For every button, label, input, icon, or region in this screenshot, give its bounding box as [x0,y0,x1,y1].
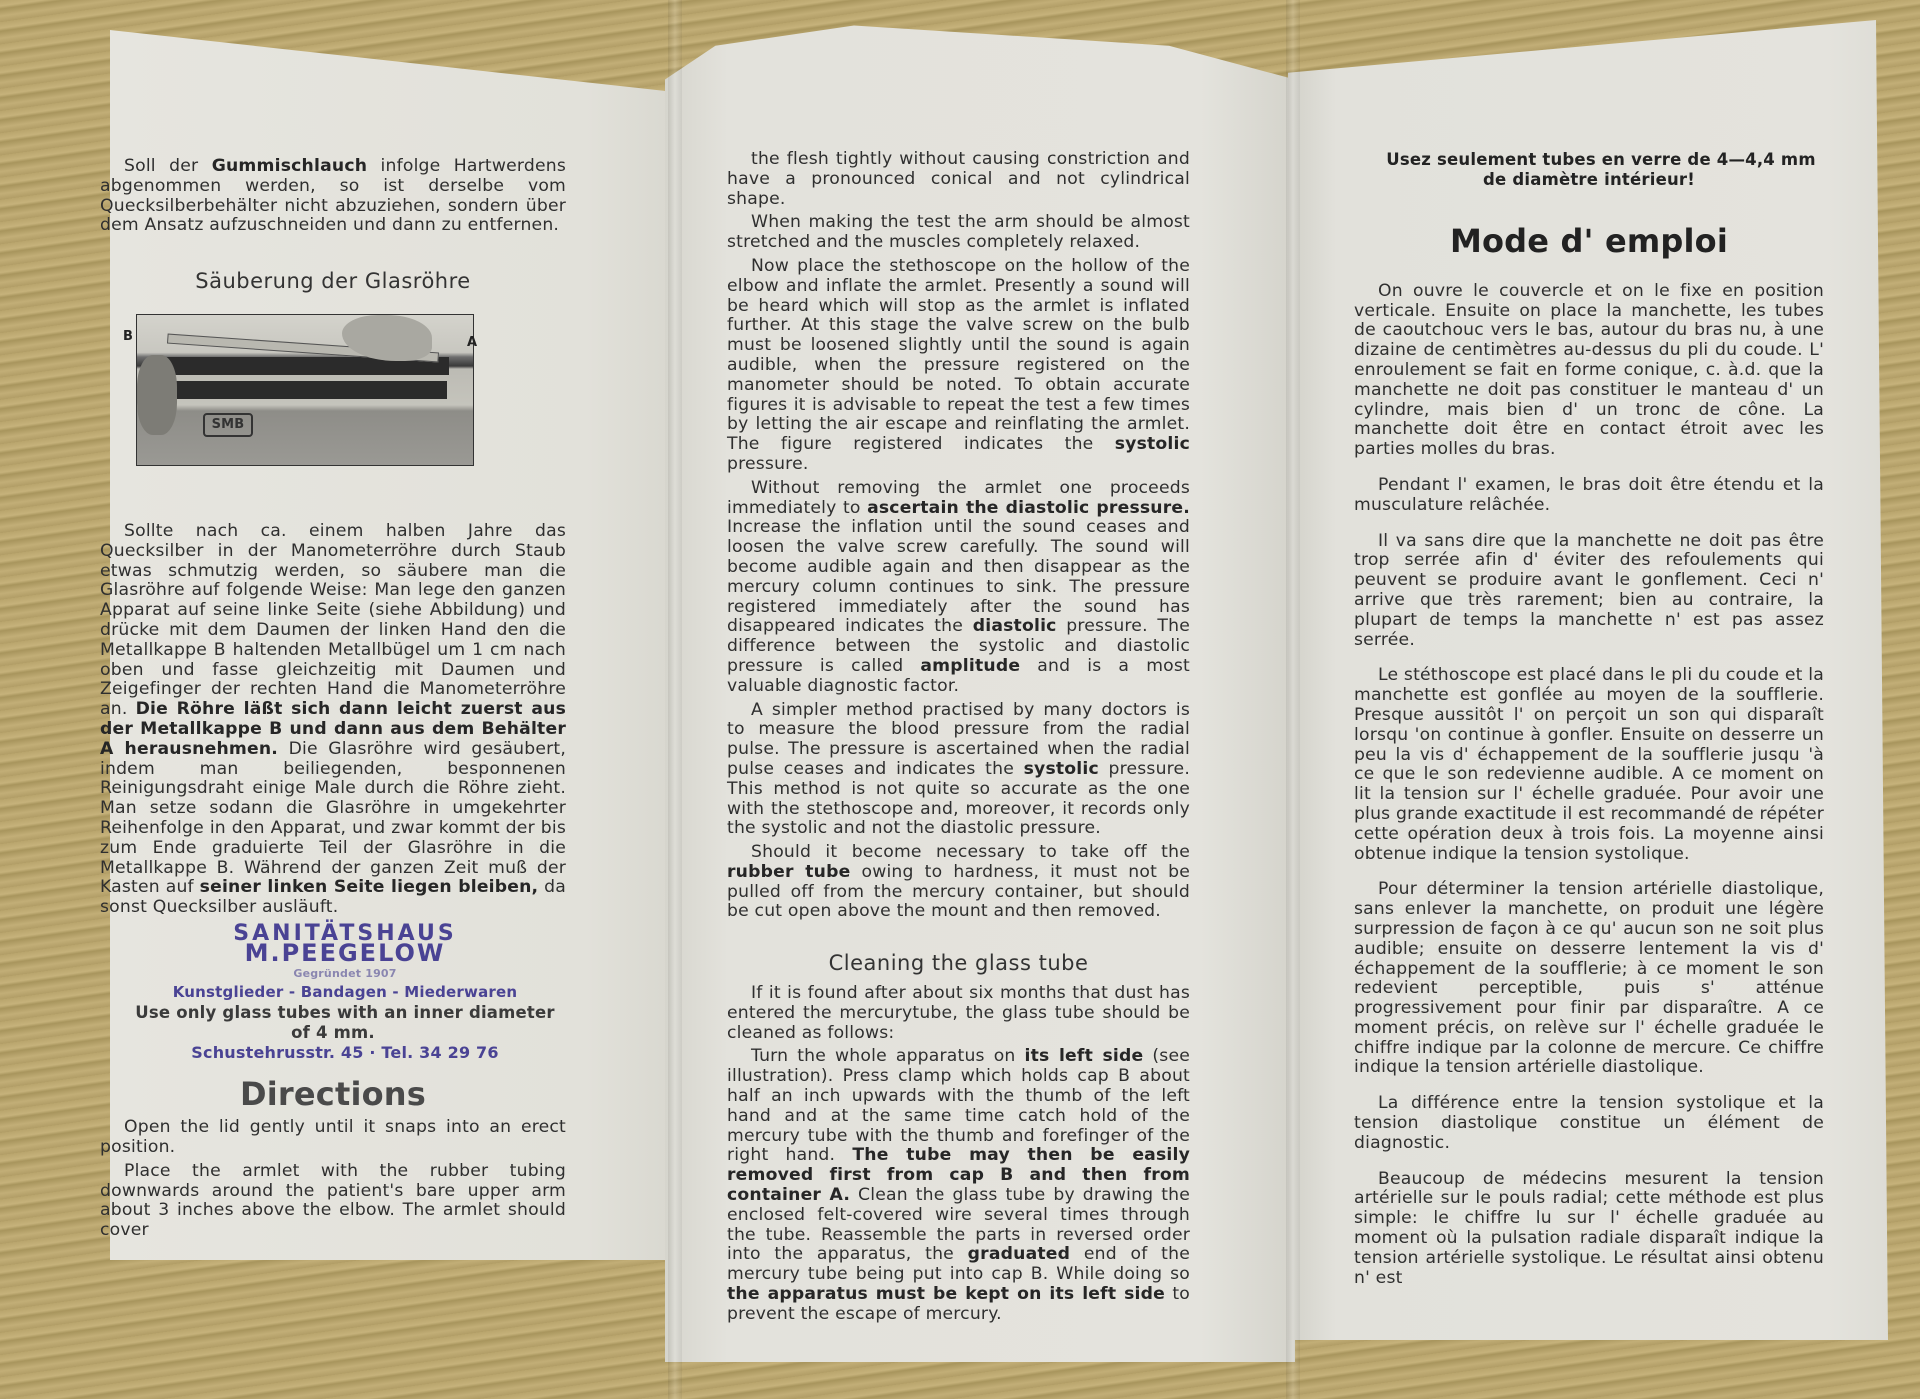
emphasis-text: systolic [1024,759,1099,779]
english-column: the flesh tightly without causing constr… [727,150,1190,1325]
text-run: pressure. [727,454,809,474]
paragraph: Place the armlet with the rubber tubing … [100,1162,566,1241]
stamp-line: Schustehrusstr. 45 · Tel. 34 29 76 [100,1043,566,1063]
paragraph: Open the lid gently until it snaps into … [100,1118,566,1158]
glass-tube-notice-en: Use only glass tubes with an inner diame… [100,1003,566,1043]
dealer-stamp: SANITÄTSHAUS M.PEEGELOW Gegründet 1907 K… [100,924,566,1063]
paragraph: Without removing the armlet one proceeds… [727,479,1190,697]
emphasis-text: amplitude [920,656,1020,676]
text-run: On ouvre le couvercle et on le fixe en p… [1354,281,1824,459]
french-column: Usez seulement tubes en verre de 4—4,4 m… [1354,150,1824,1288]
german-column: Soll der Gummischlauch infolge Hartwerde… [100,157,566,1241]
text-run: Pour déterminer la tension artérielle di… [1354,879,1824,1077]
directions-paragraphs: Open the lid gently until it snaps into … [100,1118,566,1241]
usage-paragraphs: the flesh tightly without causing constr… [727,150,1190,922]
manometer-scale [157,381,447,399]
text-run: Soll der [124,156,212,176]
section-heading-cleaning-de: Säuberung der Glasröhre [100,272,566,292]
glass-tube-notice-fr: Usez seulement tubes en verre de 4—4,4 m… [1354,150,1824,190]
paragraph: Now place the stethoscope on the hollow … [727,257,1190,475]
paragraph: Beaucoup de médecins mesurent la tension… [1354,1170,1824,1289]
paragraph: On ouvre le couvercle et on le fixe en p… [1354,282,1824,460]
fold-line [1286,0,1300,1399]
rubber-hose-paragraph: Soll der Gummischlauch infolge Hartwerde… [100,157,566,236]
emphasis-text: its left side [1025,1046,1144,1066]
section-heading-cleaning-en: Cleaning the glass tube [727,954,1190,974]
text-run: Turn the whole apparatus on [751,1046,1025,1066]
directions-heading: Directions [100,1085,566,1105]
emphasis-text: ascertain the diastolic pressure. [867,498,1190,518]
text-run: Place the armlet with the rubber tubing … [100,1161,566,1240]
text-run: the flesh tightly without causing constr… [727,149,1190,209]
emphasis-text: seiner linken Seite liegen bleiben, [200,877,539,897]
emphasis-text: the apparatus must be kept on its left s… [727,1284,1165,1304]
apparatus-photo: SMB B A [136,314,474,466]
text-run: Il va sans dire que la manchette ne doit… [1354,531,1824,650]
label-container-a: A [467,333,477,353]
emphasis-text: rubber tube [727,862,850,882]
emphasis-text: Gummischlauch [212,156,367,176]
paragraph: Il va sans dire que la manchette ne doit… [1354,532,1824,651]
text-run: Open the lid gently until it snaps into … [100,1117,566,1157]
text-run: Sollte nach ca. einem halben Jahre das Q… [100,521,566,719]
hand-figure [137,355,177,435]
paragraph: Should it become necessary to take off t… [727,843,1190,922]
text-run: Now place the stethoscope on the hollow … [727,256,1190,454]
paragraph: Pour déterminer la tension artérielle di… [1354,880,1824,1078]
text-run: Should it become necessary to take off t… [751,842,1190,862]
fold-line [668,0,682,1399]
label-cap-b: B [123,327,133,347]
text-run: When making the test the arm should be a… [727,212,1190,252]
paragraph: La différence entre la tension systoliqu… [1354,1094,1824,1153]
cleaning-paragraphs: If it is found after about six months th… [727,984,1190,1325]
stamp-line: M.PEEGELOW [100,944,566,964]
text-run: Le stéthoscope est placé dans le pli du … [1354,665,1824,863]
text-run: La différence entre la tension systoliqu… [1354,1093,1824,1153]
paragraph: When making the test the arm should be a… [727,213,1190,253]
emphasis-text: graduated [968,1244,1071,1264]
paragraph: Le stéthoscope est placé dans le pli du … [1354,666,1824,864]
paragraph: Turn the whole apparatus on its left sid… [727,1047,1190,1324]
paragraph: the flesh tightly without causing constr… [727,150,1190,209]
text-run: Beaucoup de médecins mesurent la tension… [1354,1169,1824,1288]
french-paragraphs: On ouvre le couvercle et on le fixe en p… [1354,282,1824,1289]
text-run: Die Glasröhre wird gesäubert, indem man … [100,739,566,898]
mode-emploi-heading: Mode d' emploi [1354,232,1824,252]
stamp-line: Gegründet 1907 [100,964,566,984]
emphasis-text: diastolic [973,616,1057,636]
stamp-line: Kunstglieder - Bandagen - Miederwaren [100,983,566,1003]
paragraph: Pendant l' examen, le bras doit être éte… [1354,476,1824,516]
brand-logo: SMB [203,413,253,437]
paragraph: A simpler method practised by many docto… [727,701,1190,840]
emphasis-text: systolic [1115,434,1190,454]
text-run: If it is found after about six months th… [727,983,1190,1043]
text-run: Pendant l' examen, le bras doit être éte… [1354,475,1824,515]
desk-background: Soll der Gummischlauch infolge Hartwerde… [0,0,1920,1399]
paragraph: If it is found after about six months th… [727,984,1190,1043]
glass-tube-cleaning-paragraph: Sollte nach ca. einem halben Jahre das Q… [100,522,566,918]
